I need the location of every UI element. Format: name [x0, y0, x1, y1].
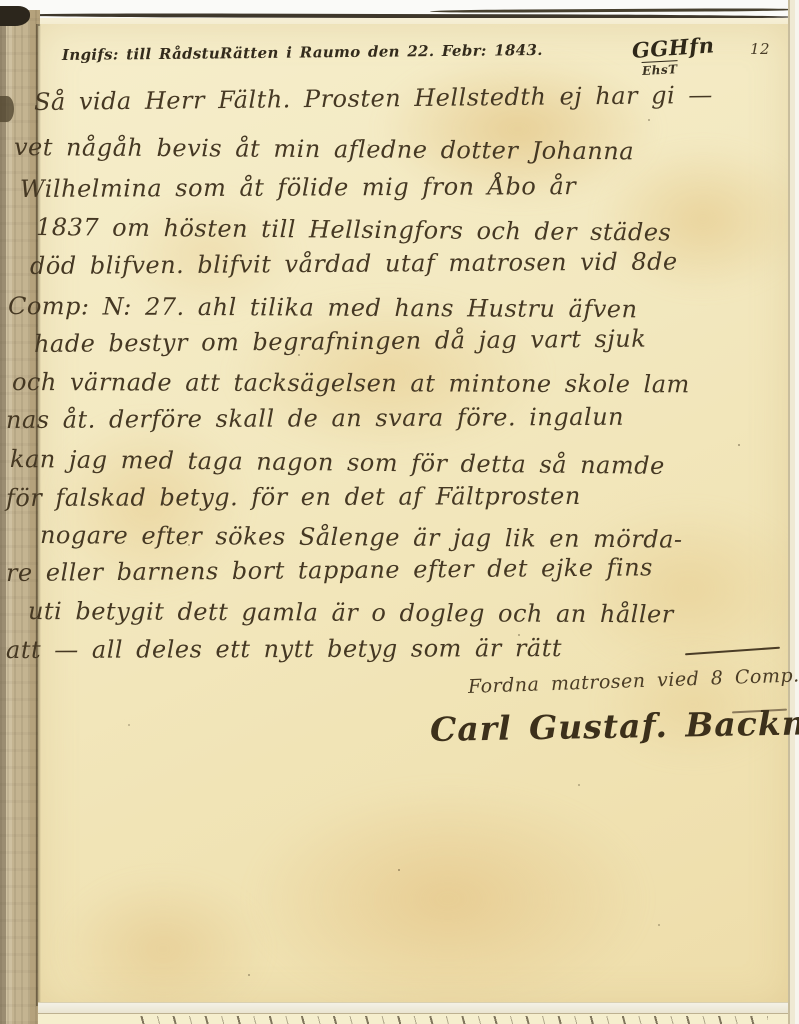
letter-line: nas åt. derföre skall de an svara före. …: [6, 403, 624, 434]
letter-line: vet någåh bevis åt min afledne dotter Jo…: [14, 133, 634, 165]
letter-line: för falskad betyg. för en det af Fältpro…: [6, 482, 581, 512]
letter-line: re eller barnens bort tappane efter det …: [6, 553, 653, 587]
binding-dark-notch: [0, 96, 14, 122]
page-stack-top-edge-2: [430, 8, 799, 13]
letter-line: uti betygit dett gamla är o dogleg och a…: [28, 597, 674, 628]
scanned-letter-page: Ingifs: till RådstuRätten i Raumo den 22…: [0, 0, 799, 1024]
letter-line: att — all deles ett nytt betyg som är rä…: [6, 634, 562, 664]
letter-line: nogare efter sökes Sålenge är jag lik en…: [40, 521, 683, 553]
page-number: 12: [750, 40, 770, 58]
gutter-shadow: [36, 24, 41, 1006]
book-binding-gutter: [0, 10, 40, 1024]
next-page-sliver: [38, 1013, 788, 1024]
clerk-monogram-sub: EhsT: [642, 60, 678, 78]
letter-line: Comp: N: 27. ahl tilika med hans Hustru …: [8, 292, 638, 323]
letter-line: 1837 om hösten till Hellsingfors och der…: [36, 213, 672, 247]
letter-line: död blifven. blifvit vårdad utaf matrose…: [30, 247, 678, 280]
letter-line: och värnade att tacksägelsen at mintone …: [12, 368, 690, 398]
letter-paper: [38, 24, 790, 1008]
binding-texture: [0, 10, 40, 1024]
letter-line: Wilhelmina som åt fölide mig fron Åbo år: [20, 172, 576, 203]
binding-corner-mark: [0, 6, 30, 26]
paper-stain: [248, 784, 648, 1014]
signature: Carl Gustaf. Backman: [430, 702, 799, 749]
next-page-handwriting-fragment: [128, 1016, 768, 1024]
right-page-edge: [788, 0, 799, 1024]
letter-line: hade bestyr om begrafningen då jag vart …: [34, 325, 646, 358]
